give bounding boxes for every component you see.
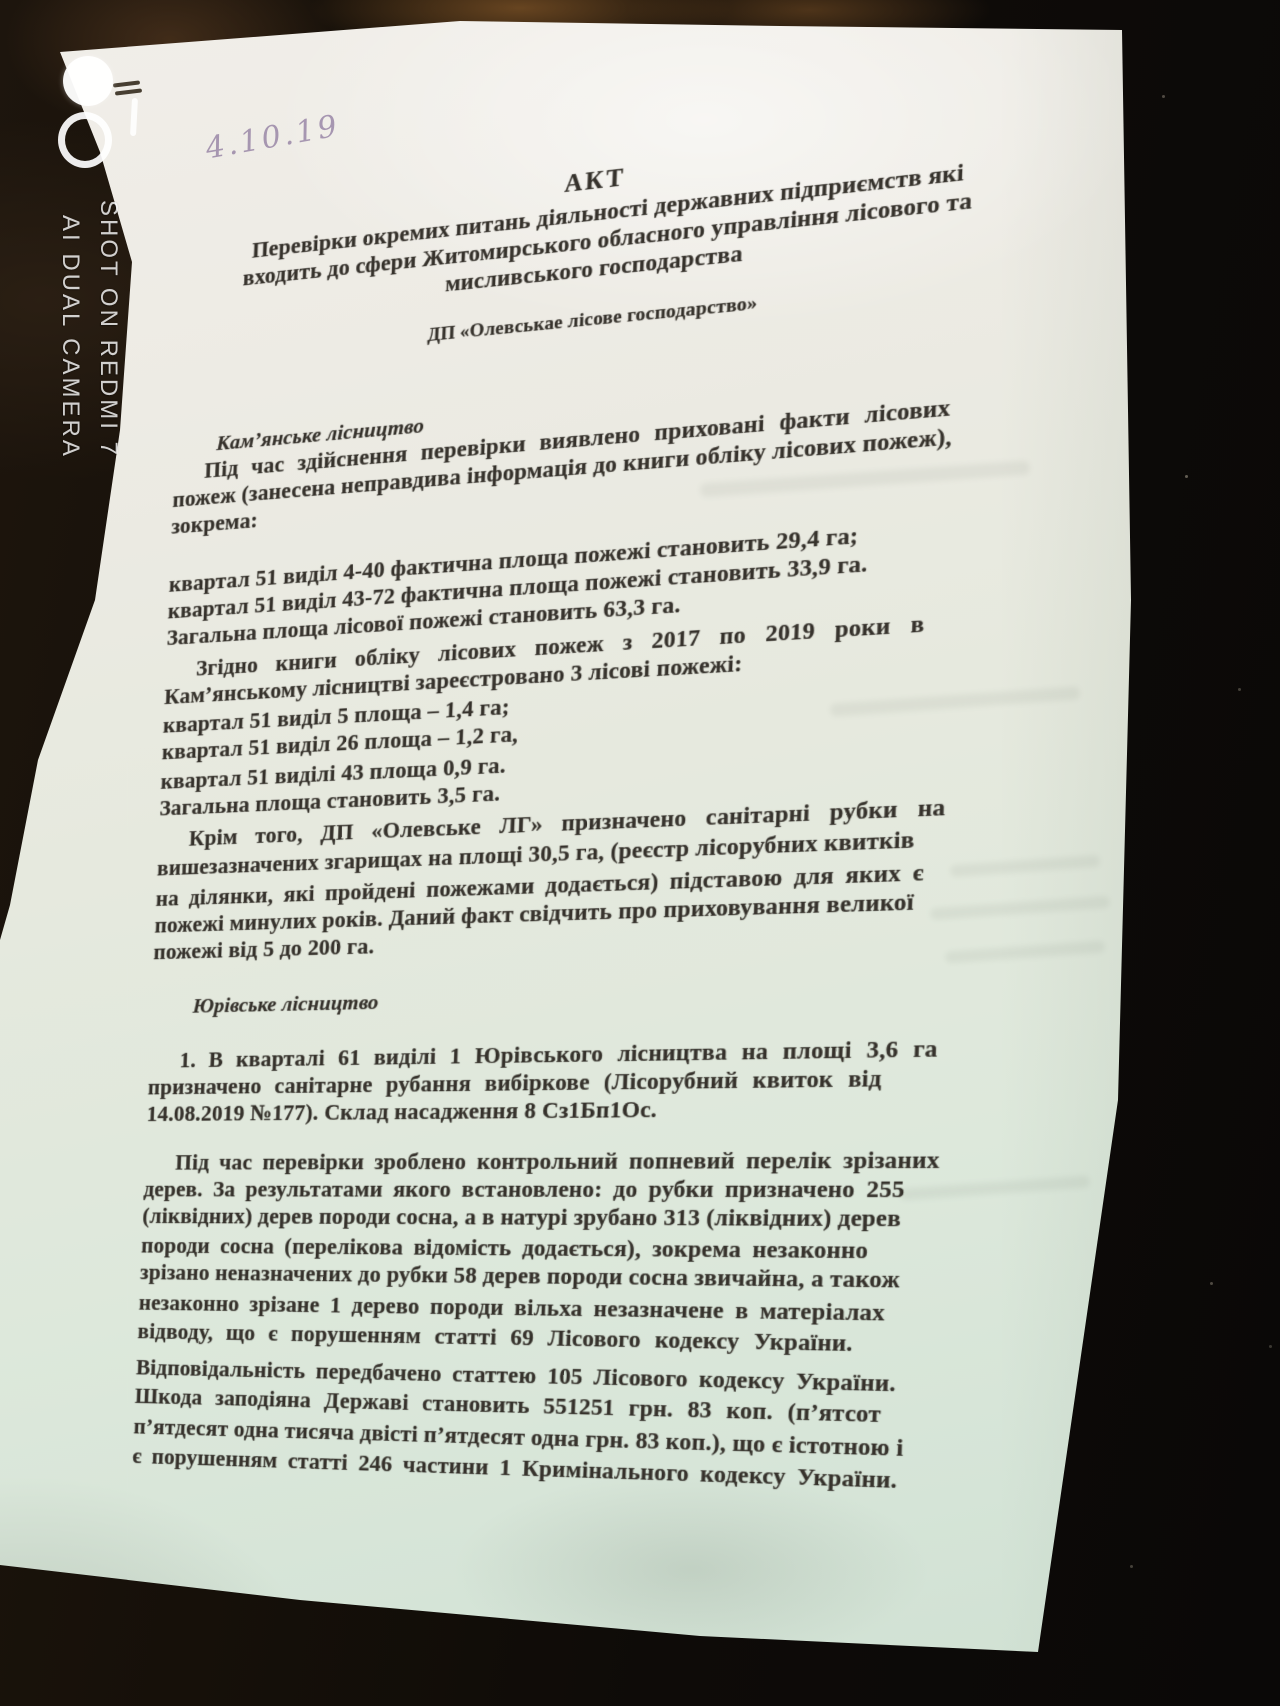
watermark-ai-dual-camera: AI DUAL CAMERA [56,215,84,459]
camera-watermark-lens-icon [63,56,113,106]
doc-line: Під час перевірки зроблено контрольний п… [144,1146,1005,1176]
dust-specks [1185,475,1188,478]
camera-watermark-ring-icon [58,112,112,168]
photo-of-document: { "photo": { "handwritten_date": "4.10.1… [0,0,1280,1706]
watermark-shot-on-redmi: SHOT ON REDMI 7 [94,200,122,458]
document-text-block: АКТ Перевірки окремих питань діяльності … [78,24,1135,1633]
doc-line: (ліквідних) дерев породи сосна, а в нату… [142,1203,1003,1234]
doc-line: дерев. За результатами якого встановлено… [143,1175,1004,1204]
section-heading-yurivske: Юрівське лісництво [192,974,1012,1020]
